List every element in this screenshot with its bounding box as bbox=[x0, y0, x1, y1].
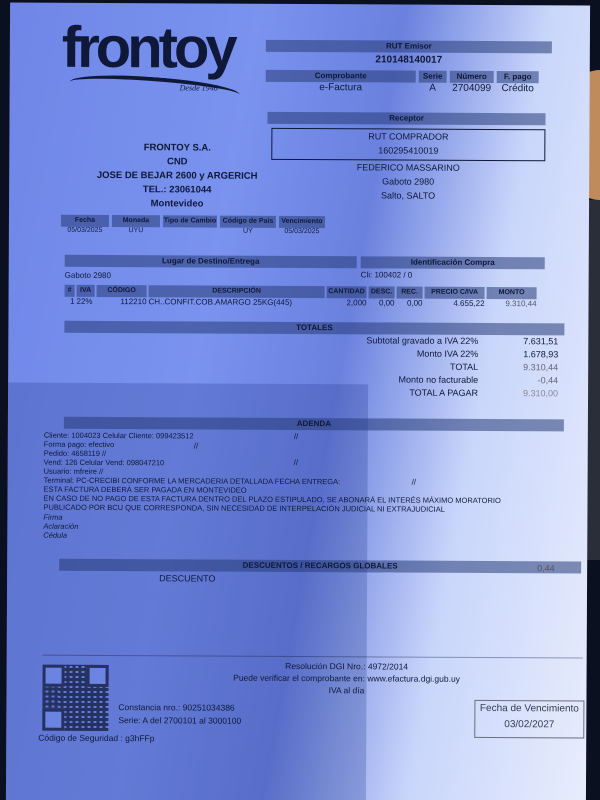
adenda-mark: // bbox=[412, 478, 417, 487]
serie-value: A bbox=[419, 83, 447, 94]
vencimiento-value: 05/03/2025 bbox=[279, 228, 325, 235]
rut-comprador-value: 160295410019 bbox=[272, 143, 544, 158]
col-num: # bbox=[65, 285, 75, 297]
identificacion-title: Identificación Compra bbox=[361, 256, 545, 269]
items-table: # IVA CÓDIGO DESCRIPCIÓN CANTIDAD DESC. … bbox=[65, 285, 565, 309]
adenda-mark: // bbox=[194, 441, 199, 450]
brand-logo: frontoy bbox=[62, 19, 234, 78]
moneda-header: Moneda bbox=[112, 215, 160, 227]
fecha-vencimiento-value: 03/02/2027 bbox=[475, 717, 583, 734]
qr-code bbox=[42, 665, 108, 731]
col-monto: MONTO bbox=[487, 287, 537, 299]
total-value: 9.310,00 bbox=[478, 387, 558, 400]
item-num: 1 bbox=[65, 297, 75, 306]
adenda-mark: // bbox=[294, 432, 299, 441]
col-cantidad: CANTIDAD bbox=[327, 286, 367, 298]
adenda-text: Cliente: 1004023 Celular Cliente: 099423… bbox=[43, 431, 584, 543]
col-rec: REC. bbox=[397, 287, 423, 299]
fecha-vencimiento-box: Fecha de Vencimiento 03/02/2027 bbox=[474, 700, 584, 739]
total-value: 9.310,44 bbox=[478, 361, 558, 374]
adenda-mark: // bbox=[294, 458, 299, 467]
descuento-value: 0,44 bbox=[537, 563, 555, 573]
comprobante-value: e-Factura bbox=[266, 82, 416, 94]
constancia-block: Constancia nro.: 90251034386 Serie: A de… bbox=[118, 701, 241, 728]
total-label: TOTAL bbox=[258, 360, 478, 374]
identificacion-value: Cli: 100402 / 0 bbox=[361, 270, 413, 279]
receptor-city: Salto, SALTO bbox=[271, 188, 545, 203]
verificar-text: Puede verificar el comprobante en: www.e… bbox=[187, 671, 507, 685]
codigo-pais-value: UY bbox=[220, 228, 276, 235]
item-rec: 0,00 bbox=[397, 299, 423, 308]
item-iva: 22% bbox=[77, 297, 95, 306]
comprobante-header: Comprobante bbox=[266, 70, 416, 83]
total-label: Subtotal gravado a IVA 22% bbox=[258, 334, 478, 348]
total-label: Monto no facturable bbox=[258, 373, 478, 387]
item-cantidad: 2,000 bbox=[327, 298, 367, 307]
destino-value: Gaboto 2980 bbox=[65, 271, 111, 280]
rut-comprador-box: RUT COMPRADOR 160295410019 bbox=[271, 128, 545, 161]
emisor-name: FRONTOY S.A. bbox=[67, 141, 287, 156]
receptor-title: Receptor bbox=[267, 112, 545, 125]
total-label: TOTAL A PAGAR bbox=[258, 386, 478, 400]
codigo-seguridad: Código de Seguridad : g3hFFp bbox=[38, 733, 154, 744]
item-precio: 4.655,22 bbox=[425, 299, 485, 308]
item-monto: 9.310,44 bbox=[487, 299, 537, 308]
dates-table: Fecha Moneda Tipo de Cambio Código de Pa… bbox=[61, 215, 325, 235]
total-label: Monto IVA 22% bbox=[258, 347, 478, 361]
emisor-branch: CND bbox=[67, 155, 287, 170]
vencimiento-header: Vencimiento bbox=[279, 216, 325, 228]
numero-value: 2704099 bbox=[450, 83, 494, 94]
totales-list: Subtotal gravado a IVA 22%7.631,51 Monto… bbox=[258, 334, 558, 401]
receptor-name: FEDERICO MASSARINO bbox=[271, 160, 545, 175]
codigo-pais-header: Código de País bbox=[220, 216, 276, 228]
emisor-address: JOSE DE BEJAR 2600 y ARGERICH bbox=[67, 169, 287, 184]
constancia-text: Constancia nro.: 90251034386 bbox=[118, 701, 241, 715]
rut-emisor-value: 210148140017 bbox=[266, 54, 552, 66]
fecha-header: Fecha bbox=[61, 215, 109, 227]
invoice-paper: frontoy Desde 1946 RUT Emisor 2101481400… bbox=[6, 2, 590, 800]
logo-tagline: Desde 1946 bbox=[180, 83, 218, 92]
item-desc: 0,00 bbox=[369, 298, 395, 307]
col-precio: PRECIO C/IVA bbox=[425, 287, 485, 299]
fecha-value: 05/03/2025 bbox=[61, 227, 109, 234]
rut-comprador-label: RUT COMPRADOR bbox=[272, 129, 544, 144]
emisor-phone: TEL.: 23061044 bbox=[67, 183, 287, 198]
footer-center: Resolución DGI Nro.: 4972/2014 Puede ver… bbox=[186, 659, 506, 697]
col-descripcion: DESCRIPCIÓN bbox=[149, 285, 325, 298]
descuento-label: DESCUENTO bbox=[159, 573, 215, 583]
fpago-value: Crédito bbox=[497, 83, 539, 94]
tipo-cambio-header: Tipo de Cambio bbox=[163, 215, 217, 227]
serie-range-text: Serie: A del 2700101 al 3000100 bbox=[118, 714, 241, 728]
fpago-header: F. pago bbox=[497, 71, 539, 83]
rut-emisor-label: RUT Emisor bbox=[266, 40, 552, 53]
comprobante-table: Comprobante Serie Número F. pago e-Factu… bbox=[266, 70, 556, 95]
item-descripcion: CH..CONFIT.COB.AMARGO 25KG(445) bbox=[149, 297, 325, 307]
moneda-value: UYU bbox=[112, 227, 160, 234]
total-value: 1.678,93 bbox=[478, 348, 558, 361]
col-codigo: CÓDIGO bbox=[97, 285, 147, 297]
numero-header: Número bbox=[450, 71, 494, 83]
total-row: TOTAL A PAGAR9.310,00 bbox=[258, 386, 558, 401]
total-value: 7.631,51 bbox=[478, 335, 558, 348]
serie-header: Serie bbox=[419, 71, 447, 83]
emisor-info: FRONTOY S.A. CND JOSE DE BEJAR 2600 y AR… bbox=[67, 141, 287, 212]
col-iva: IVA bbox=[77, 285, 95, 297]
total-value: -0,44 bbox=[478, 374, 558, 387]
fecha-vencimiento-label: Fecha de Vencimiento bbox=[475, 701, 583, 718]
emisor-city: Montevideo bbox=[67, 197, 287, 212]
receptor-details: FEDERICO MASSARINO Gaboto 2980 Salto, SA… bbox=[271, 160, 545, 203]
destino-title: Lugar de Destino/Entrega bbox=[65, 255, 357, 269]
receptor-address: Gaboto 2980 bbox=[271, 174, 545, 189]
table-row: 1 22% 112210 CH..CONFIT.COB.AMARGO 25KG(… bbox=[65, 297, 565, 309]
item-codigo: 112210 bbox=[97, 297, 147, 306]
iva-text: IVA al día bbox=[186, 683, 506, 697]
tipo-cambio-value bbox=[163, 227, 217, 234]
col-desc: DESC. bbox=[369, 286, 395, 298]
